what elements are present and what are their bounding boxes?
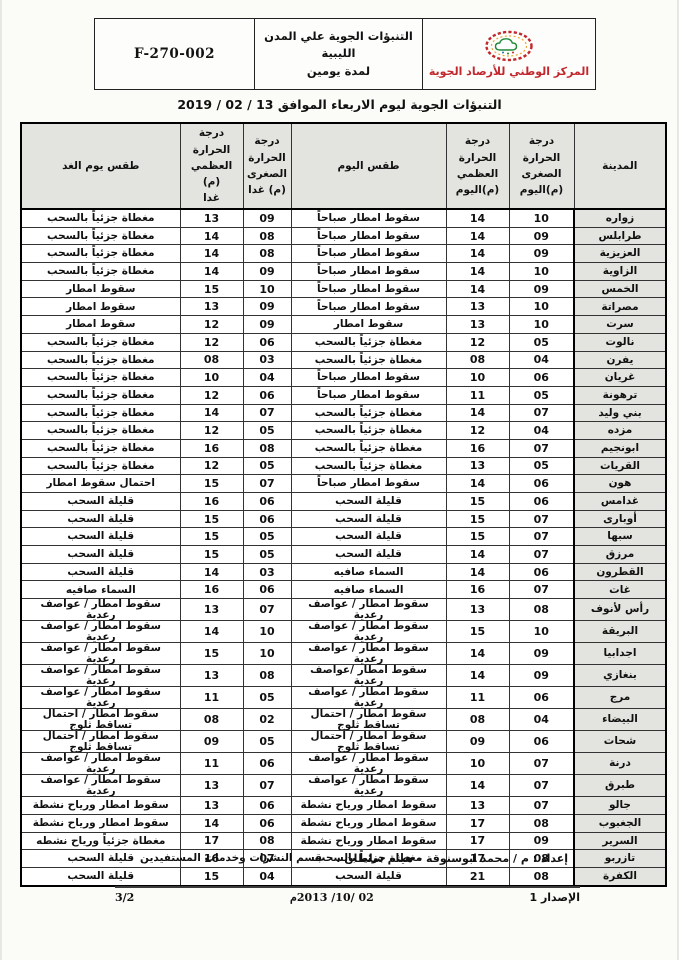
table-row: بنغازي0914سقوط امطار /عواصف رعدية0813سقو… (21, 665, 666, 687)
table-row: الخمس0914سقوط امطار صباحاً1015سقوط امطار (21, 280, 666, 298)
min-today-cell: 10 (509, 621, 574, 643)
min-tomorrow-cell: 10 (243, 643, 291, 665)
max-tomorrow-cell: 14 (180, 563, 243, 581)
table-row: هون0614سقوط امطار صباحاً0715احتمال سقوط … (21, 475, 666, 493)
min-tomorrow-cell: 08 (243, 245, 291, 263)
min-today-cell: 07 (509, 753, 574, 775)
table-row: نالوت0512مغطاة جزئياً بالسحب0612مغطاة جز… (21, 333, 666, 351)
weather-today-cell: سقوط امطار /عواصف رعدية (291, 665, 446, 687)
max-tomorrow-cell: 13 (180, 797, 243, 815)
table-row: البيضاء0408سقوط امطار / احتمال تساقط ثلو… (21, 709, 666, 731)
min-today-cell: 06 (509, 687, 574, 709)
weather-tomorrow-cell: مغطاة جزئياً بالسحب (21, 333, 180, 351)
max-tomorrow-cell: 10 (180, 369, 243, 387)
max-tomorrow-cell: 13 (180, 298, 243, 316)
city-cell: الخمس (574, 280, 666, 298)
weather-tomorrow-cell: مغطاة جزئياً بالسحب (21, 386, 180, 404)
table-row: القطرون0614السماء صافيه0314قليلة السحب (21, 563, 666, 581)
document-page: المركز الوطني للأرصاد الجوية التنبؤات ال… (0, 0, 679, 960)
table-row: مرزق0714قليلة السحب0515قليلة السحب (21, 546, 666, 564)
max-today-cell: 09 (446, 731, 509, 753)
table-row: العزيزية0914سقوط امطار صباحاً0814مغطاة ج… (21, 245, 666, 263)
max-tomorrow-cell: 16 (180, 493, 243, 511)
weather-tomorrow-cell: مغطاة جزئياً بالسحب (21, 422, 180, 440)
city-cell: رأس لأنوف (574, 599, 666, 621)
min-tomorrow-cell: 06 (243, 797, 291, 815)
max-tomorrow-cell: 14 (180, 263, 243, 281)
weather-today-cell: مغطاة جزئياً بالسحب (291, 404, 446, 422)
department-text: قسم النشرات وخدمات المستفيدين (140, 852, 322, 864)
weather-today-cell: قليلة السحب (291, 493, 446, 511)
weather-today-cell: سقوط امطار ورياح نشطة (291, 832, 446, 850)
min-today-cell: 07 (509, 404, 574, 422)
weather-today-cell: سقوط امطار صباحاً (291, 280, 446, 298)
weather-today-cell: سقوط امطار صباحاً (291, 298, 446, 316)
table-row: ترهونة0511سقوط امطار صباحاً0612مغطاة جزئ… (21, 386, 666, 404)
max-tomorrow-cell: 12 (180, 457, 243, 475)
table-row: الكفرة0821قليلة السحب0415قليلة السحب (21, 867, 666, 885)
weather-tomorrow-cell: مغطاة جزئياً بالسحب (21, 404, 180, 422)
max-tomorrow-cell: 11 (180, 687, 243, 709)
min-today-cell: 07 (509, 797, 574, 815)
min-today-cell: 09 (509, 665, 574, 687)
city-cell: غريان (574, 369, 666, 387)
weather-today-cell: مغطاة جزئياً بالسحب (291, 439, 446, 457)
table-row: سرت1013سقوط امطار0912سقوط امطار (21, 316, 666, 334)
weather-tomorrow-cell: سقوط امطار / عواصف رعدية (21, 753, 180, 775)
max-today-cell: 15 (446, 528, 509, 546)
col-header-min-today: درجة الحرارة الصغرى (م)اليوم (509, 123, 574, 209)
weather-today-cell: مغطاة جزئياً بالسحب (291, 333, 446, 351)
weather-today-cell: سقوط امطار / عواصف رعدية (291, 687, 446, 709)
max-today-cell: 13 (446, 797, 509, 815)
max-today-cell: 14 (446, 775, 509, 797)
city-cell: طرابلس (574, 227, 666, 245)
form-number: F-270-002 (95, 19, 255, 90)
col-header-weather-tomorrow: طقس يوم الغد (21, 123, 180, 209)
max-today-cell: 17 (446, 832, 509, 850)
table-row: شحات0609سقوط امطار / احتمال تساقط ثلوج05… (21, 731, 666, 753)
city-cell: سرت (574, 316, 666, 334)
min-today-cell: 10 (509, 298, 574, 316)
min-today-cell: 10 (509, 316, 574, 334)
table-row: أوبارى0715قليلة السحب0615قليلة السحب (21, 510, 666, 528)
weather-tomorrow-cell: سقوط امطار ورياح نشطة (21, 814, 180, 832)
weather-tomorrow-cell: مغطاة جزئياً بالسحب (21, 245, 180, 263)
max-tomorrow-cell: 15 (180, 528, 243, 546)
weather-tomorrow-cell: سقوط امطار / عواصف رعدية (21, 775, 180, 797)
min-today-cell: 05 (509, 333, 574, 351)
weather-tomorrow-cell: سقوط امطار / عواصف رعدية (21, 599, 180, 621)
max-today-cell: 16 (446, 581, 509, 599)
min-today-cell: 05 (509, 386, 574, 404)
table-row: القريات0513مغطاة جزئياً بالسحب0512مغطاة … (21, 457, 666, 475)
weather-tomorrow-cell: قليلة السحب (21, 546, 180, 564)
max-tomorrow-cell: 12 (180, 422, 243, 440)
max-tomorrow-cell: 08 (180, 351, 243, 369)
min-today-cell: 07 (509, 510, 574, 528)
footer-line: الإصدار 1 02 /10/ 2013م 3/2 (115, 891, 580, 904)
city-cell: نالوت (574, 333, 666, 351)
max-tomorrow-cell: 14 (180, 814, 243, 832)
max-tomorrow-cell: 15 (180, 475, 243, 493)
min-tomorrow-cell: 09 (243, 263, 291, 281)
issue-date: 02 /10/ 2013م (290, 891, 374, 904)
weather-today-cell: سقوط امطار صباحاً (291, 369, 446, 387)
city-cell: الجغبوب (574, 814, 666, 832)
table-row: مصراتة1013سقوط امطار صباحاً0913سقوط امطا… (21, 298, 666, 316)
max-today-cell: 13 (446, 298, 509, 316)
weather-today-cell: مغطاة جزئياً بالسحب (291, 457, 446, 475)
weather-tomorrow-cell: مغطاة جزئياً بالسحب (21, 457, 180, 475)
min-today-cell: 07 (509, 439, 574, 457)
max-today-cell: 21 (446, 867, 509, 885)
min-tomorrow-cell: 05 (243, 457, 291, 475)
forecast-table-header-row: المدينة درجة الحرارة الصغرى (م)اليوم درج… (21, 123, 666, 209)
weather-tomorrow-cell: قليلة السحب (21, 563, 180, 581)
min-tomorrow-cell: 07 (243, 475, 291, 493)
weather-today-cell: مغطاة جزئياً بالسحب (291, 351, 446, 369)
table-row: الجغبوب0817سقوط امطار ورياح نشطة0614سقوط… (21, 814, 666, 832)
max-today-cell: 13 (446, 316, 509, 334)
weather-today-cell: السماء صافيه (291, 581, 446, 599)
city-cell: بني وليد (574, 404, 666, 422)
min-tomorrow-cell: 09 (243, 316, 291, 334)
max-tomorrow-cell: 13 (180, 599, 243, 621)
max-today-cell: 17 (446, 814, 509, 832)
max-today-cell: 15 (446, 510, 509, 528)
weather-today-cell: سقوط امطار / عواصف رعدية (291, 643, 446, 665)
min-today-cell: 09 (509, 643, 574, 665)
col-header-city: المدينة (574, 123, 666, 209)
weather-tomorrow-cell: سقوط امطار / عواصف رعدية (21, 665, 180, 687)
min-tomorrow-cell: 04 (243, 867, 291, 885)
city-cell: القطرون (574, 563, 666, 581)
weather-tomorrow-cell: سقوط امطار (21, 298, 180, 316)
min-today-cell: 10 (509, 263, 574, 281)
table-row: زواره1014سقوط امطار صباحاً0913مغطاة جزئي… (21, 209, 666, 227)
max-today-cell: 13 (446, 457, 509, 475)
city-cell: غدامس (574, 493, 666, 511)
forecast-table: المدينة درجة الحرارة الصغرى (م)اليوم درج… (20, 122, 667, 887)
max-tomorrow-cell: 08 (180, 709, 243, 731)
city-cell: الزاوية (574, 263, 666, 281)
max-today-cell: 14 (446, 665, 509, 687)
weather-tomorrow-cell: مغطاة جزئياً بالسحب (21, 263, 180, 281)
min-today-cell: 09 (509, 832, 574, 850)
max-today-cell: 12 (446, 333, 509, 351)
weather-today-cell: سقوط امطار / عواصف رعدية (291, 599, 446, 621)
max-today-cell: 13 (446, 599, 509, 621)
min-tomorrow-cell: 06 (243, 386, 291, 404)
min-tomorrow-cell: 05 (243, 528, 291, 546)
prepared-by-text: إعداد : م / محمد ابوسنوقة – هيثم سلطان . (336, 852, 568, 865)
weather-today-cell: قليلة السحب (291, 546, 446, 564)
org-header-cell: المركز الوطني للأرصاد الجوية (423, 19, 596, 90)
min-today-cell: 06 (509, 731, 574, 753)
city-cell: سبها (574, 528, 666, 546)
min-today-cell: 09 (509, 245, 574, 263)
min-tomorrow-cell: 03 (243, 563, 291, 581)
max-tomorrow-cell: 15 (180, 546, 243, 564)
forecast-day-title: التنبؤات الجوية ليوم الاربعاء الموافق 13… (2, 97, 677, 112)
min-tomorrow-cell: 08 (243, 832, 291, 850)
city-cell: مزده (574, 422, 666, 440)
weather-today-cell: سقوط امطار / احتمال تساقط ثلوج (291, 709, 446, 731)
city-cell: البريقة (574, 621, 666, 643)
table-row: غدامس0615قليلة السحب0616قليلة السحب (21, 493, 666, 511)
max-today-cell: 14 (446, 245, 509, 263)
weather-tomorrow-cell: سقوط امطار ورياح نشطة (21, 797, 180, 815)
city-cell: العزيزية (574, 245, 666, 263)
min-tomorrow-cell: 09 (243, 209, 291, 227)
city-cell: بنغازي (574, 665, 666, 687)
min-tomorrow-cell: 07 (243, 599, 291, 621)
min-tomorrow-cell: 05 (243, 422, 291, 440)
max-tomorrow-cell: 16 (180, 439, 243, 457)
min-tomorrow-cell: 09 (243, 298, 291, 316)
min-tomorrow-cell: 06 (243, 814, 291, 832)
max-today-cell: 11 (446, 687, 509, 709)
table-row: سبها0715قليلة السحب0515قليلة السحب (21, 528, 666, 546)
max-tomorrow-cell: 13 (180, 665, 243, 687)
min-tomorrow-cell: 05 (243, 731, 291, 753)
form-title: التنبؤات الجوية علي المدن الليبية لمدة ي… (255, 19, 423, 90)
table-row: غات0716السماء صافيه0616السماء صافيه (21, 581, 666, 599)
max-today-cell: 15 (446, 621, 509, 643)
city-cell: ترهونة (574, 386, 666, 404)
max-tomorrow-cell: 13 (180, 775, 243, 797)
weather-today-cell: سقوط امطار صباحاً (291, 386, 446, 404)
weather-tomorrow-cell: قليلة السحب (21, 510, 180, 528)
weather-tomorrow-cell: مغطاة جزئياً بالسحب (21, 369, 180, 387)
col-header-max-today: درجة الحرارة العظمي (م)اليوم (446, 123, 509, 209)
weather-today-cell: سقوط امطار صباحاً (291, 209, 446, 227)
table-row: البريقة1015سقوط امطار / عواصف رعدية1014س… (21, 621, 666, 643)
max-tomorrow-cell: 12 (180, 386, 243, 404)
weather-tomorrow-cell: سقوط امطار (21, 280, 180, 298)
city-cell: ابونجيم (574, 439, 666, 457)
min-today-cell: 04 (509, 422, 574, 440)
weather-tomorrow-cell: احتمال سقوط امطار (21, 475, 180, 493)
weather-today-cell: قليلة السحب (291, 510, 446, 528)
max-tomorrow-cell: 15 (180, 280, 243, 298)
min-today-cell: 04 (509, 351, 574, 369)
weather-today-cell: سقوط امطار / احتمال تساقط ثلوج (291, 731, 446, 753)
city-cell: الكفرة (574, 867, 666, 885)
city-cell: مصراتة (574, 298, 666, 316)
table-row: مرج0611سقوط امطار / عواصف رعدية0511سقوط … (21, 687, 666, 709)
min-today-cell: 05 (509, 457, 574, 475)
table-row: السرير0917سقوط امطار ورياح نشطة0817مغطاة… (21, 832, 666, 850)
max-today-cell: 14 (446, 263, 509, 281)
table-row: غريان0610سقوط امطار صباحاً0410مغطاة جزئي… (21, 369, 666, 387)
city-cell: السرير (574, 832, 666, 850)
max-tomorrow-cell: 11 (180, 753, 243, 775)
weather-tomorrow-cell: مغطاة جزئياً ورياح نشطه (21, 832, 180, 850)
max-tomorrow-cell: 12 (180, 316, 243, 334)
weather-tomorrow-cell: السماء صافيه (21, 581, 180, 599)
table-row: ابونجيم0716مغطاة جزئياً بالسحب0816مغطاة … (21, 439, 666, 457)
max-today-cell: 08 (446, 709, 509, 731)
table-row: الزاوية1014سقوط امطار صباحاً0914مغطاة جز… (21, 263, 666, 281)
max-tomorrow-cell: 15 (180, 867, 243, 885)
max-tomorrow-cell: 14 (180, 245, 243, 263)
weather-today-cell: سقوط امطار صباحاً (291, 245, 446, 263)
min-today-cell: 07 (509, 775, 574, 797)
weather-today-cell: سقوط امطار / عواصف رعدية (291, 621, 446, 643)
min-today-cell: 06 (509, 493, 574, 511)
col-header-min-tomorrow: درجة الحرارة الصغرى (م) غدا (243, 123, 291, 209)
max-tomorrow-cell: 09 (180, 731, 243, 753)
min-tomorrow-cell: 06 (243, 510, 291, 528)
city-cell: القريات (574, 457, 666, 475)
min-tomorrow-cell: 10 (243, 621, 291, 643)
city-cell: درنة (574, 753, 666, 775)
max-today-cell: 11 (446, 386, 509, 404)
max-today-cell: 14 (446, 280, 509, 298)
max-today-cell: 14 (446, 404, 509, 422)
weather-today-cell: سقوط امطار (291, 316, 446, 334)
weather-tomorrow-cell: قليلة السحب (21, 493, 180, 511)
weather-tomorrow-cell: مغطاة جزئياً بالسحب (21, 209, 180, 227)
min-today-cell: 07 (509, 528, 574, 546)
min-today-cell: 08 (509, 814, 574, 832)
min-today-cell: 10 (509, 209, 574, 227)
weather-tomorrow-cell: سقوط امطار / عواصف رعدية (21, 621, 180, 643)
min-tomorrow-cell: 03 (243, 351, 291, 369)
city-cell: هون (574, 475, 666, 493)
min-today-cell: 08 (509, 867, 574, 885)
table-row: اجدابيا0914سقوط امطار / عواصف رعدية1015س… (21, 643, 666, 665)
table-row: رأس لأنوف0813سقوط امطار / عواصف رعدية071… (21, 599, 666, 621)
weather-today-cell: سقوط امطار ورياح نشطة (291, 814, 446, 832)
max-today-cell: 14 (446, 563, 509, 581)
prepared-by-line: إعداد : م / محمد ابوسنوقة – هيثم سلطان .… (2, 852, 677, 868)
weather-today-cell: قليلة السحب (291, 867, 446, 885)
city-cell: طبرق (574, 775, 666, 797)
max-today-cell: 14 (446, 209, 509, 227)
max-tomorrow-cell: 15 (180, 510, 243, 528)
org-name: المركز الوطني للأرصاد الجوية (425, 65, 593, 78)
weather-today-cell: سقوط امطار / عواصف رعدية (291, 775, 446, 797)
city-cell: غات (574, 581, 666, 599)
weather-today-cell: سقوط امطار ورياح نشطة (291, 797, 446, 815)
city-cell: شحات (574, 731, 666, 753)
max-tomorrow-cell: 14 (180, 227, 243, 245)
min-tomorrow-cell: 07 (243, 775, 291, 797)
min-tomorrow-cell: 04 (243, 369, 291, 387)
max-today-cell: 10 (446, 753, 509, 775)
max-tomorrow-cell: 16 (180, 581, 243, 599)
footer-divider (115, 886, 580, 888)
weather-today-cell: مغطاة جزئياً بالسحب (291, 422, 446, 440)
city-cell: مرج (574, 687, 666, 709)
table-row: يفرن0408مغطاة جزئياً بالسحب0308مغطاة جزئ… (21, 351, 666, 369)
city-cell: اجدابيا (574, 643, 666, 665)
table-row: مزده0412مغطاة جزئياً بالسحب0512مغطاة جزئ… (21, 422, 666, 440)
max-today-cell: 15 (446, 493, 509, 511)
min-tomorrow-cell: 10 (243, 280, 291, 298)
weather-today-cell: سقوط امطار صباحاً (291, 263, 446, 281)
weather-tomorrow-cell: قليلة السحب (21, 867, 180, 885)
min-tomorrow-cell: 06 (243, 333, 291, 351)
max-tomorrow-cell: 12 (180, 333, 243, 351)
min-tomorrow-cell: 07 (243, 404, 291, 422)
min-today-cell: 08 (509, 599, 574, 621)
weather-center-logo-icon (425, 30, 593, 62)
weather-today-cell: السماء صافيه (291, 563, 446, 581)
min-today-cell: 06 (509, 369, 574, 387)
min-tomorrow-cell: 06 (243, 581, 291, 599)
weather-tomorrow-cell: سقوط امطار / احتمال تساقط ثلوج (21, 709, 180, 731)
weather-today-cell: قليلة السحب (291, 528, 446, 546)
min-today-cell: 09 (509, 280, 574, 298)
city-cell: مرزق (574, 546, 666, 564)
weather-today-cell: سقوط امطار / عواصف رعدية (291, 753, 446, 775)
max-today-cell: 12 (446, 422, 509, 440)
weather-tomorrow-cell: سقوط امطار (21, 316, 180, 334)
weather-tomorrow-cell: مغطاة جزئياً بالسحب (21, 351, 180, 369)
min-tomorrow-cell: 08 (243, 439, 291, 457)
table-row: درنة0710سقوط امطار / عواصف رعدية0611سقوط… (21, 753, 666, 775)
min-today-cell: 09 (509, 227, 574, 245)
min-today-cell: 07 (509, 546, 574, 564)
weather-today-cell: سقوط امطار صباحاً (291, 475, 446, 493)
weather-tomorrow-cell: سقوط امطار / عواصف رعدية (21, 643, 180, 665)
weather-tomorrow-cell: سقوط امطار / احتمال تساقط ثلوج (21, 731, 180, 753)
city-cell: البيضاء (574, 709, 666, 731)
weather-tomorrow-cell: قليلة السحب (21, 528, 180, 546)
weather-tomorrow-cell: مغطاة جزئياً بالسحب (21, 439, 180, 457)
table-row: بني وليد0714مغطاة جزئياً بالسحب0714مغطاة… (21, 404, 666, 422)
col-header-max-tomorrow: درجة الحرارة العظمي (م) غدا (180, 123, 243, 209)
max-tomorrow-cell: 17 (180, 832, 243, 850)
max-today-cell: 14 (446, 546, 509, 564)
issue-number: الإصدار 1 (529, 891, 580, 904)
max-today-cell: 10 (446, 369, 509, 387)
min-today-cell: 06 (509, 563, 574, 581)
page-number: 3/2 (115, 891, 134, 904)
city-cell: أوبارى (574, 510, 666, 528)
city-cell: جالو (574, 797, 666, 815)
max-tomorrow-cell: 15 (180, 643, 243, 665)
max-today-cell: 14 (446, 475, 509, 493)
min-today-cell: 04 (509, 709, 574, 731)
max-tomorrow-cell: 14 (180, 621, 243, 643)
weather-today-cell: سقوط امطار صباحاً (291, 227, 446, 245)
max-today-cell: 14 (446, 643, 509, 665)
max-tomorrow-cell: 13 (180, 209, 243, 227)
min-tomorrow-cell: 08 (243, 665, 291, 687)
max-today-cell: 16 (446, 439, 509, 457)
table-row: طرابلس0914سقوط امطار صباحاً0814مغطاة جزئ… (21, 227, 666, 245)
city-cell: يفرن (574, 351, 666, 369)
min-tomorrow-cell: 05 (243, 687, 291, 709)
col-header-weather-today: طقس اليوم (291, 123, 446, 209)
min-today-cell: 06 (509, 475, 574, 493)
min-tomorrow-cell: 06 (243, 753, 291, 775)
min-tomorrow-cell: 02 (243, 709, 291, 731)
min-today-cell: 07 (509, 581, 574, 599)
table-row: طبرق0714سقوط امطار / عواصف رعدية0713سقوط… (21, 775, 666, 797)
max-today-cell: 14 (446, 227, 509, 245)
weather-tomorrow-cell: سقوط امطار / عواصف رعدية (21, 687, 180, 709)
min-tomorrow-cell: 08 (243, 227, 291, 245)
max-today-cell: 08 (446, 351, 509, 369)
table-row: جالو0713سقوط امطار ورياح نشطة0613سقوط ام… (21, 797, 666, 815)
city-cell: زواره (574, 209, 666, 227)
